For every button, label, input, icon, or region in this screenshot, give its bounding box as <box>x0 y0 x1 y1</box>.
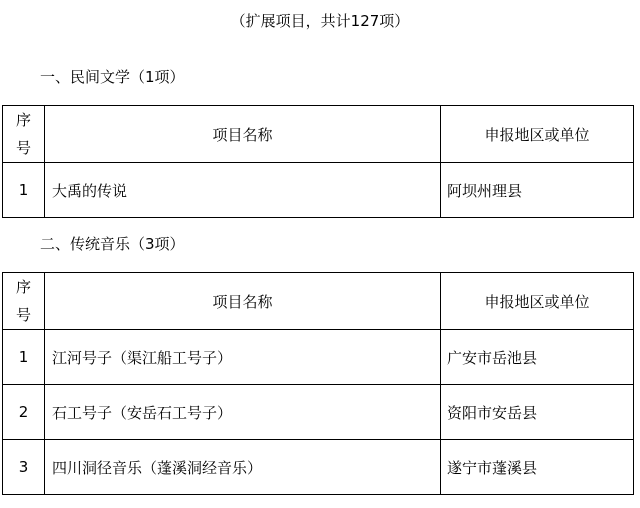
header-name: 项目名称 <box>45 106 441 163</box>
section-heading-folk-literature: 一、民间文学（1项） <box>40 67 185 87</box>
row-seq: 1 <box>3 330 45 385</box>
header-seq-line1: 序 <box>3 106 44 134</box>
header-name: 项目名称 <box>45 273 441 330</box>
table-header-row: 序 号 项目名称 申报地区或单位 <box>3 273 634 330</box>
header-seq-line2: 号 <box>3 301 44 329</box>
row-name: 四川洞径音乐（蓬溪洞经音乐） <box>45 440 441 495</box>
row-region: 资阳市安岳县 <box>441 385 634 440</box>
row-name: 大禹的传说 <box>45 163 441 218</box>
table-row: 3 四川洞径音乐（蓬溪洞经音乐） 遂宁市蓬溪县 <box>3 440 634 495</box>
table-header-row: 序 号 项目名称 申报地区或单位 <box>3 106 634 163</box>
traditional-music-table: 序 号 项目名称 申报地区或单位 1 江河号子（渠江船工号子） 广安市岳池县 2… <box>2 272 634 495</box>
document-subtitle: （扩展项目，共计127项） <box>0 11 640 31</box>
header-region: 申报地区或单位 <box>441 273 634 330</box>
header-seq: 序 号 <box>3 273 45 330</box>
row-name: 石工号子（安岳石工号子） <box>45 385 441 440</box>
row-seq: 2 <box>3 385 45 440</box>
section-heading-traditional-music: 二、传统音乐（3项） <box>40 234 185 254</box>
row-region: 阿坝州理县 <box>441 163 634 218</box>
table-row: 1 江河号子（渠江船工号子） 广安市岳池县 <box>3 330 634 385</box>
row-seq: 3 <box>3 440 45 495</box>
row-region: 遂宁市蓬溪县 <box>441 440 634 495</box>
header-seq: 序 号 <box>3 106 45 163</box>
table-row: 1 大禹的传说 阿坝州理县 <box>3 163 634 218</box>
header-seq-line1: 序 <box>3 273 44 301</box>
header-region: 申报地区或单位 <box>441 106 634 163</box>
header-seq-line2: 号 <box>3 134 44 162</box>
row-name: 江河号子（渠江船工号子） <box>45 330 441 385</box>
row-seq: 1 <box>3 163 45 218</box>
folk-literature-table: 序 号 项目名称 申报地区或单位 1 大禹的传说 阿坝州理县 <box>2 105 634 218</box>
table-row: 2 石工号子（安岳石工号子） 资阳市安岳县 <box>3 385 634 440</box>
row-region: 广安市岳池县 <box>441 330 634 385</box>
